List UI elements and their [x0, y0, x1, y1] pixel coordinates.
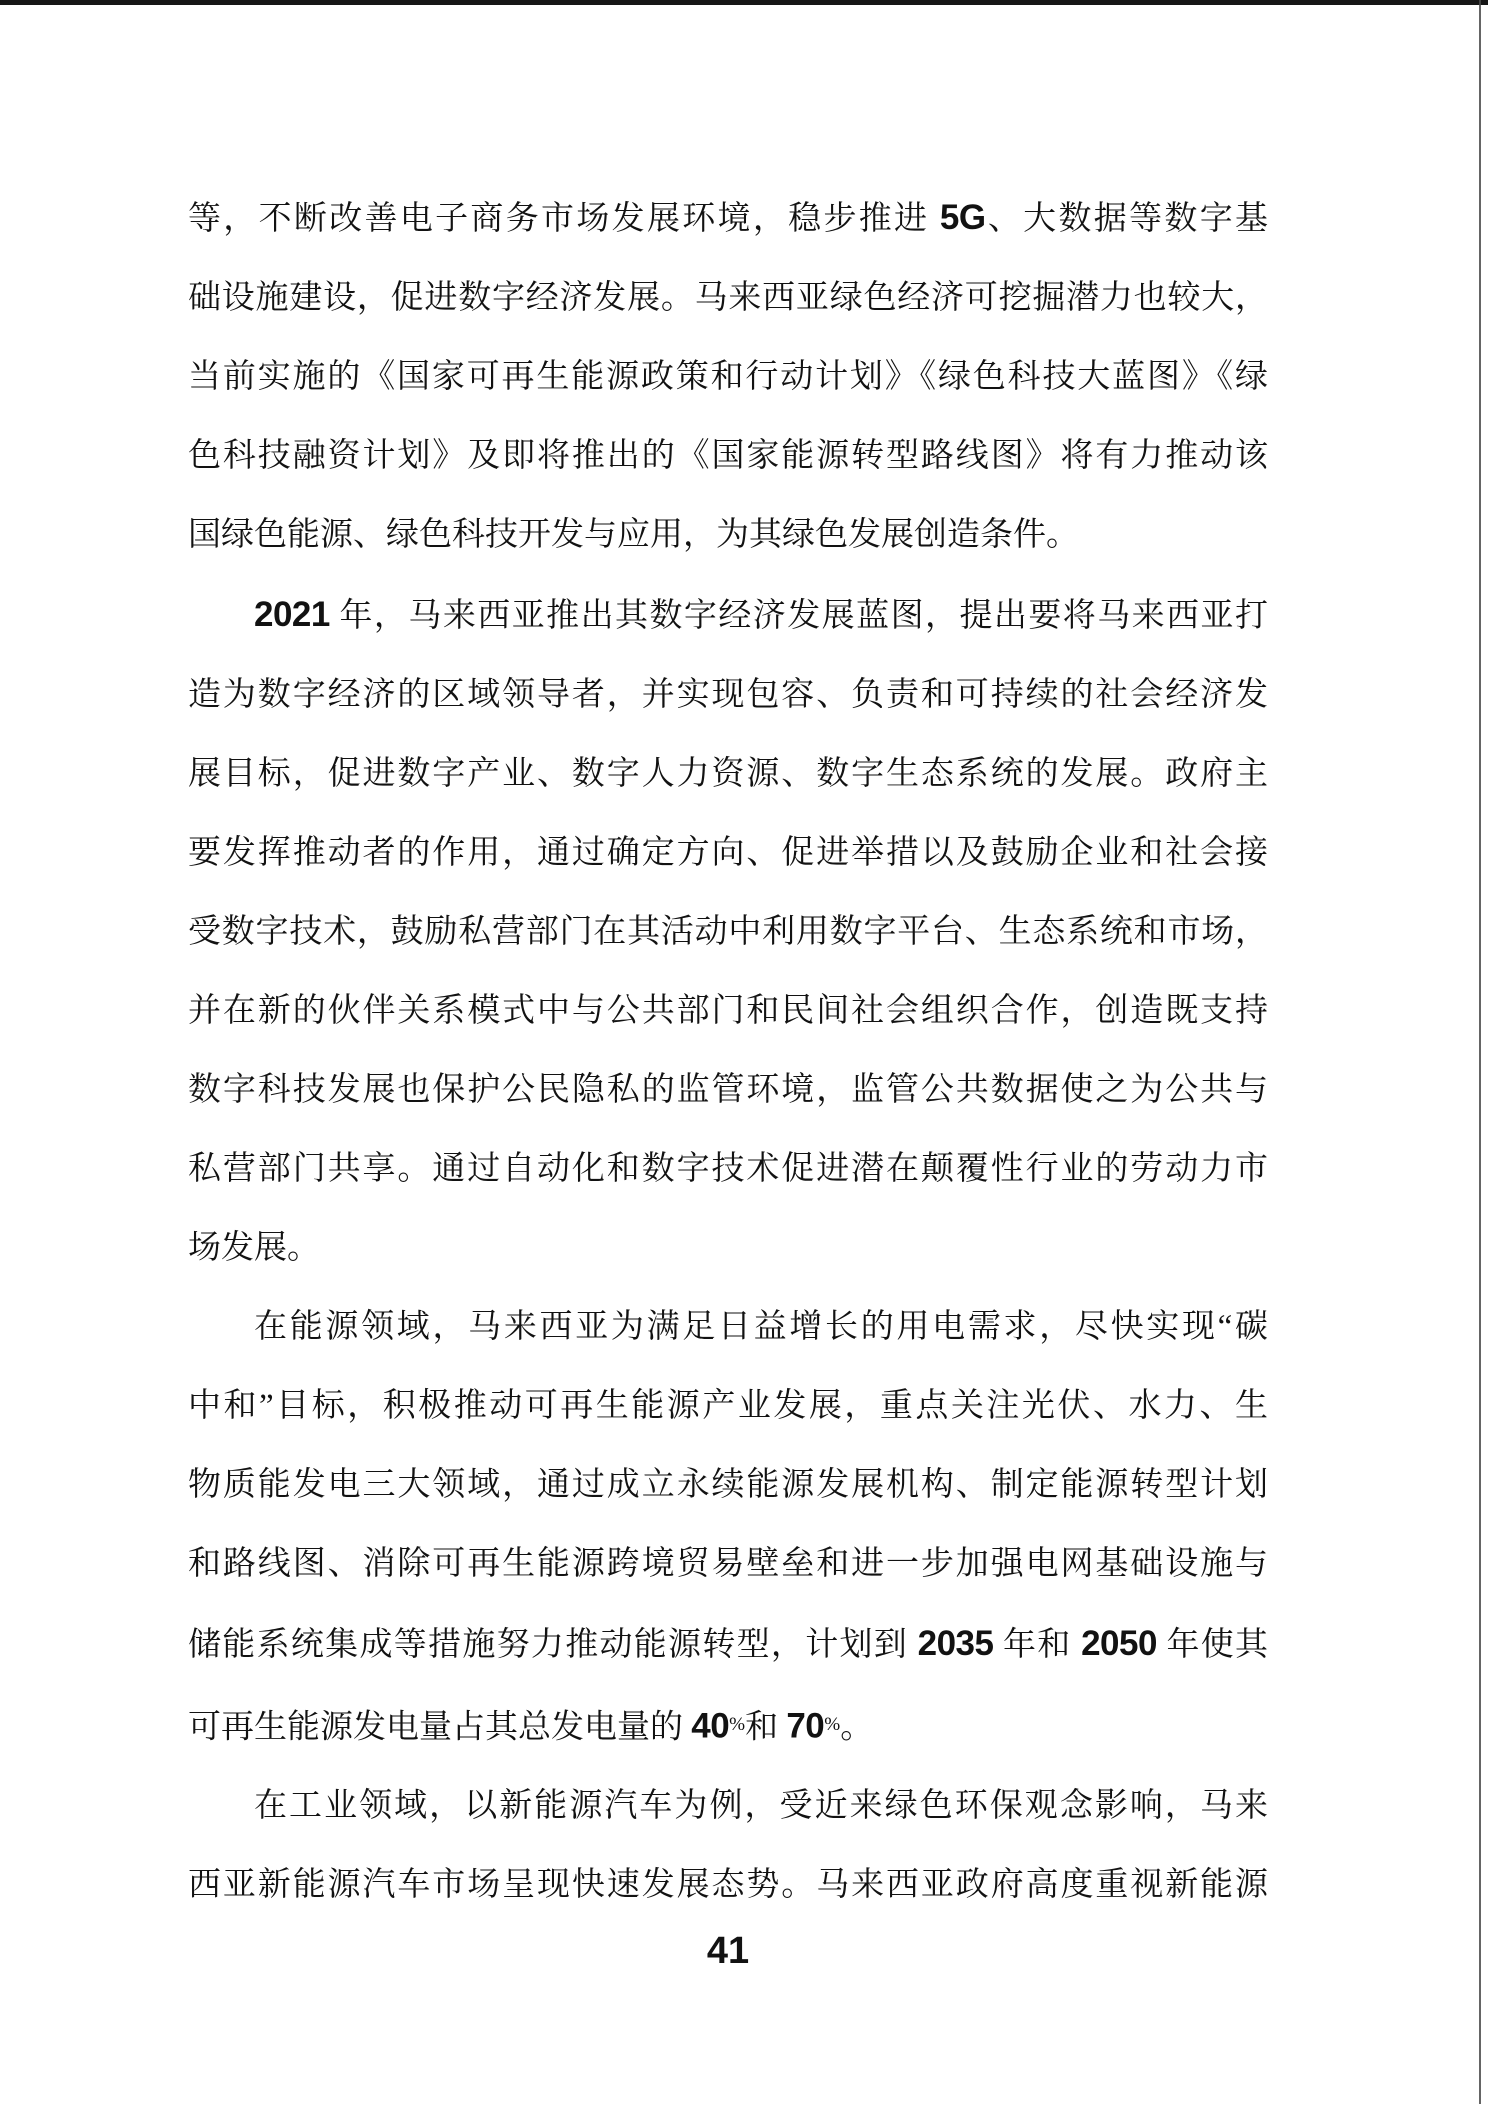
latin-text: 40 [691, 1706, 729, 1745]
text-line: 物质能发电三大领域，通过成立永续能源发展机构、制定能源转型计划 [188, 1446, 1268, 1525]
text-line: 私营部门共享。通过自动化和数字技术促进潜在颠覆性行业的劳动力市 [188, 1130, 1268, 1209]
paragraph: 等，不断改善电子商务市场发展环境，稳步推进 5G、大数据等数字基础设施建设，促进… [188, 178, 1268, 575]
text-line: 在工业领域，以新能源汽车为例，受近来绿色环保观念影响，马来 [188, 1767, 1268, 1846]
latin-text: 2050 [1081, 1624, 1157, 1663]
text-line: 造为数字经济的区域领导者，并实现包容、负责和可持续的社会经济发 [188, 656, 1268, 735]
page-number: 41 [188, 1930, 1268, 1973]
text-line: 和路线图、消除可再生能源跨境贸易壁垒和进一步加强电网基础设施与 [188, 1525, 1268, 1604]
text-line: 受数字技术，鼓励私营部门在其活动中利用数字平台、生态系统和市场， [188, 893, 1268, 972]
paragraph: 2021 年，马来西亚推出其数字经济发展蓝图，提出要将马来西亚打造为数字经济的区… [188, 575, 1268, 1288]
latin-text: 70 [786, 1706, 824, 1745]
scan-edge-top [0, 0, 1488, 5]
latin-text: 5G [940, 198, 986, 237]
text-line: 在能源领域，马来西亚为满足日益增长的用电需求，尽快实现“碳 [188, 1288, 1268, 1367]
text-line: 2021 年，马来西亚推出其数字经济发展蓝图，提出要将马来西亚打 [188, 575, 1268, 656]
text-line: 国绿色能源、绿色科技开发与应用，为其绿色发展创造条件。 [188, 496, 1268, 575]
paragraph: 在能源领域，马来西亚为满足日益增长的用电需求，尽快实现“碳中和”目标，积极推动可… [188, 1288, 1268, 1767]
text-line: 储能系统集成等措施努力推动能源转型，计划到 2035 年和 2050 年使其 [188, 1604, 1268, 1685]
text-line: 要发挥推动者的作用，通过确定方向、促进举措以及鼓励企业和社会接 [188, 814, 1268, 893]
latin-text: 2021 [254, 595, 330, 634]
percent-sign: % [824, 1714, 840, 1735]
text-line: 中和”目标，积极推动可再生能源产业发展，重点关注光伏、水力、生 [188, 1367, 1268, 1446]
text-line: 场发展。 [188, 1209, 1268, 1288]
text-line: 并在新的伙伴关系模式中与公共部门和民间社会组织合作，创造既支持 [188, 972, 1268, 1051]
text-line: 色科技融资计划》及即将推出的《国家能源转型路线图》将有力推动该 [188, 417, 1268, 496]
text-line: 础设施建设，促进数字经济发展。马来西亚绿色经济可挖掘潜力也较大， [188, 259, 1268, 338]
percent-sign: % [729, 1714, 745, 1735]
page-body: 等，不断改善电子商务市场发展环境，稳步推进 5G、大数据等数字基础设施建设，促进… [188, 178, 1268, 1925]
document-page: 等，不断改善电子商务市场发展环境，稳步推进 5G、大数据等数字基础设施建设，促进… [0, 0, 1488, 2104]
scan-edge-right [1479, 0, 1481, 2104]
text-line: 当前实施的《国家可再生能源政策和行动计划》《绿色科技大蓝图》《绿 [188, 338, 1268, 417]
text-line: 展目标，促进数字产业、数字人力资源、数字生态系统的发展。政府主 [188, 735, 1268, 814]
text-line: 可再生能源发电量占其总发电量的 40%和 70%。 [188, 1685, 1268, 1767]
paragraph: 在工业领域，以新能源汽车为例，受近来绿色环保观念影响，马来西亚新能源汽车市场呈现… [188, 1767, 1268, 1925]
text-line: 等，不断改善电子商务市场发展环境，稳步推进 5G、大数据等数字基 [188, 178, 1268, 259]
text-line: 数字科技发展也保护公民隐私的监管环境，监管公共数据使之为公共与 [188, 1051, 1268, 1130]
text-line: 西亚新能源汽车市场呈现快速发展态势。马来西亚政府高度重视新能源 [188, 1846, 1268, 1925]
latin-text: 2035 [918, 1624, 994, 1663]
